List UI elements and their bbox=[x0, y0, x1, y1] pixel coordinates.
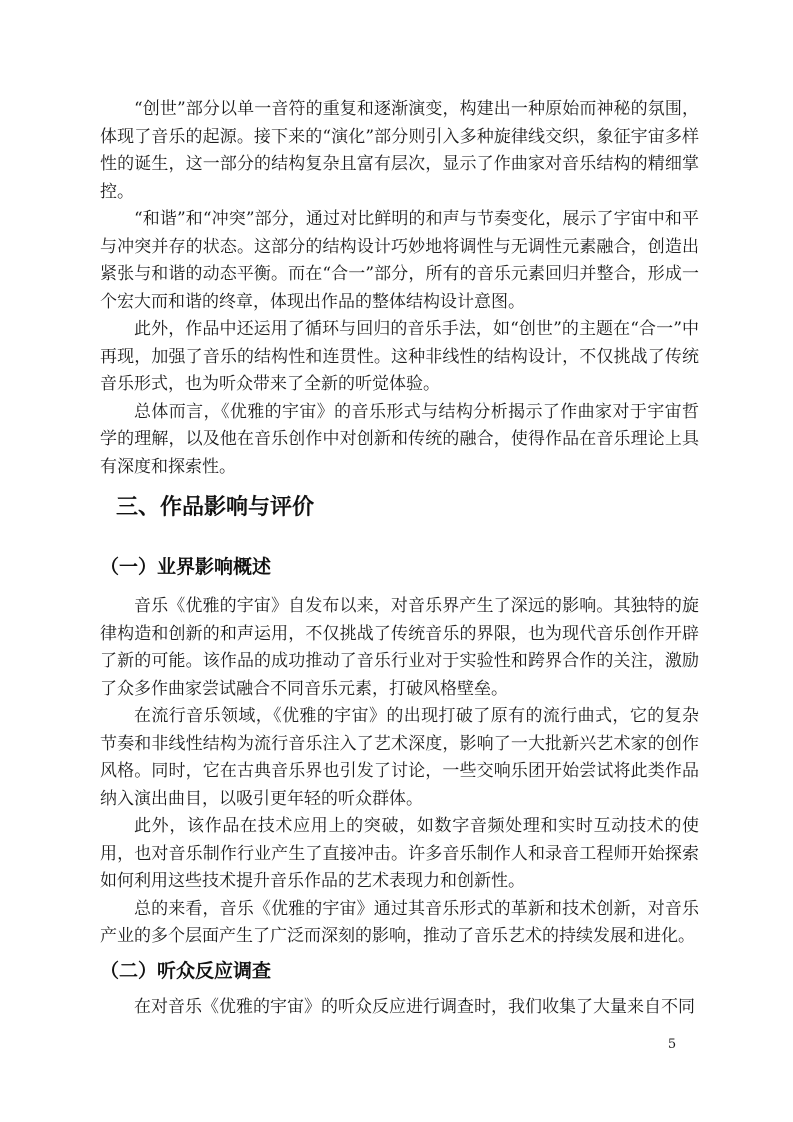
paragraph: 此外，该作品在技术应用上的突破，如数字音频处理和实时互动技术的使用，也对音乐制作… bbox=[100, 813, 699, 896]
paragraph: 在对音乐《优雅的宇宙》的听众反应进行调查时，我们收集了大量来自不同 bbox=[100, 994, 699, 1022]
subsection-heading-audience-survey: （二）听众反应调查 bbox=[100, 957, 699, 985]
subsection-heading-industry-impact: （一）业界影响概述 bbox=[100, 553, 699, 581]
paragraph: 在流行音乐领域，《优雅的宇宙》的出现打破了原有的流行曲式，它的复杂节奏和非线性结… bbox=[100, 703, 699, 813]
document-page: “创世”部分以单一音符的重复和逐渐演变，构建出一种原始而神秘的氛围，体现了音乐的… bbox=[0, 0, 793, 1122]
paragraph: 总体而言，《优雅的宇宙》的音乐形式与结构分析揭示了作曲家对于宇宙哲学的理解，以及… bbox=[100, 399, 699, 482]
paragraph: “创世”部分以单一音符的重复和逐渐演变，构建出一种原始而神秘的氛围，体现了音乐的… bbox=[100, 96, 699, 206]
paragraph: 总的来看，音乐《优雅的宇宙》通过其音乐形式的革新和技术创新，对音乐产业的多个层面… bbox=[100, 896, 699, 951]
paragraph: “和谐”和“冲突”部分，通过对比鲜明的和声与节奏变化，展示了宇宙中和平与冲突并存… bbox=[100, 206, 699, 316]
section-heading: 三、作品影响与评价 bbox=[100, 493, 699, 523]
page-number: 5 bbox=[664, 1037, 680, 1052]
paragraph: 此外，作品中还运用了循环与回归的音乐手法，如“创世”的主题在“合一”中再现，加强… bbox=[100, 316, 699, 399]
page-content: “创世”部分以单一音符的重复和逐渐演变，构建出一种原始而神秘的氛围，体现了音乐的… bbox=[100, 96, 699, 1021]
paragraph: 音乐《优雅的宇宙》自发布以来，对音乐界产生了深远的影响。其独特的旋律构造和创新的… bbox=[100, 593, 699, 703]
